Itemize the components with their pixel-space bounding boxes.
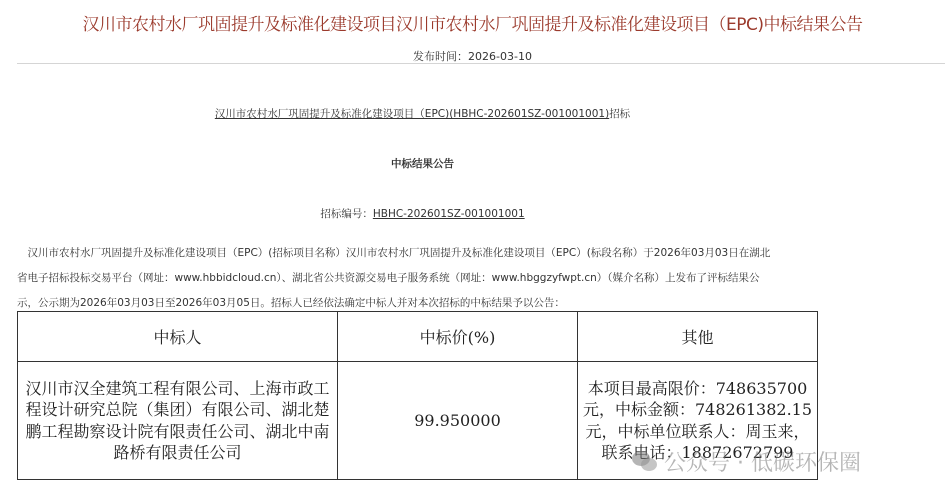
project-link-suffix: 招标 xyxy=(609,108,630,120)
page-title: 汉川市农村水厂巩固提升及标准化建设项目汉川市农村水厂巩固提升及标准化建设项目（E… xyxy=(0,10,945,35)
header-winner: 中标人 xyxy=(18,312,338,362)
header-divider xyxy=(17,63,945,64)
announcement-paragraph: 汉川市农村水厂巩固提升及标准化建设项目（EPC）(招标项目名称）汉川市农村水厂巩… xyxy=(17,241,827,316)
publish-date: 2026-03-10 xyxy=(468,50,532,63)
header-price: 中标价(%) xyxy=(338,312,578,362)
paragraph-line: 省电子招标投标交易平台（网址：www.hbbidcloud.cn）、湖北省公共资… xyxy=(17,266,827,291)
watermark: 公众号 · 低碳环保圈 xyxy=(632,446,861,477)
wechat-icon xyxy=(632,451,658,473)
header-other: 其他 xyxy=(578,312,818,362)
bid-number-line: 招标编号：HBHC-202601SZ-001001001 xyxy=(0,206,845,221)
bid-number-label: 招标编号： xyxy=(320,208,373,220)
publish-time: 发布时间：2026-03-10 xyxy=(0,48,945,64)
cell-price: 99.950000 xyxy=(338,362,578,480)
publish-label: 发布时间： xyxy=(413,50,468,63)
section-heading: 中标结果公告 xyxy=(0,156,845,171)
paragraph-line: 汉川市农村水厂巩固提升及标准化建设项目（EPC）(招标项目名称）汉川市农村水厂巩… xyxy=(17,241,827,266)
project-link-line: 汉川市农村水厂巩固提升及标准化建设项目（EPC)(HBHC-202601SZ-0… xyxy=(0,106,845,121)
table-header-row: 中标人 中标价(%) 其他 xyxy=(18,312,818,362)
bid-number-link[interactable]: HBHC-202601SZ-001001001 xyxy=(373,208,525,220)
cell-winner: 汉川市汉全建筑工程有限公司、上海市政工程设计研究总院（集团）有限公司、湖北楚鹏工… xyxy=(18,362,338,480)
project-link[interactable]: 汉川市农村水厂巩固提升及标准化建设项目（EPC)(HBHC-202601SZ-0… xyxy=(215,108,609,120)
watermark-text: 公众号 · 低碳环保圈 xyxy=(664,446,861,477)
